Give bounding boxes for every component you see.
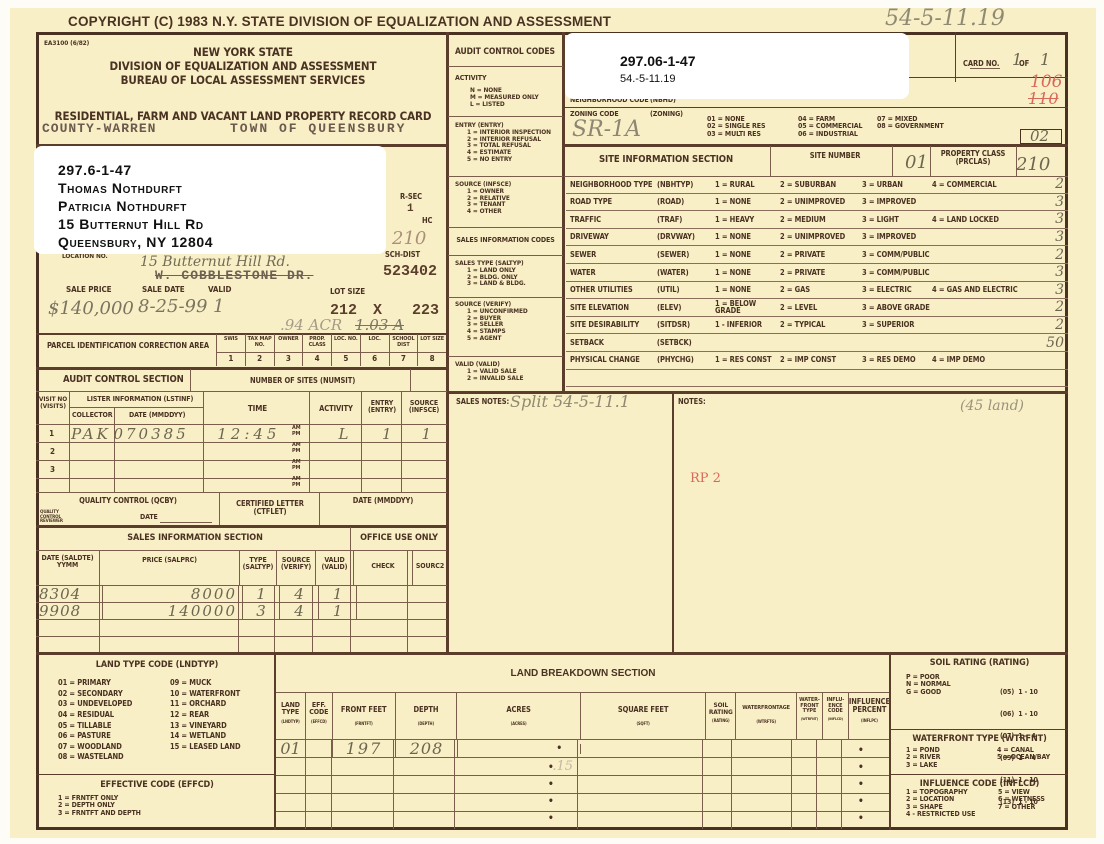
label-old-parcel: 54.-5-11.19 — [620, 73, 675, 85]
divider — [312, 585, 313, 652]
sale-price-label: SALE PRICE — [66, 286, 111, 294]
inflcd-code: 4 - RESTRICTED USE — [906, 811, 975, 818]
site-row-label: ROAD TYPE — [566, 198, 657, 206]
divider — [892, 146, 893, 176]
sales-header: DATE (SALDTE) YYMM PRICE (SALPRC) TYPE (… — [36, 551, 447, 585]
ctflet-label: CERTIFIED LETTER (CTFLET) — [220, 500, 320, 515]
divider — [448, 297, 563, 298]
label-owner-1: Thomas Nothdurft — [58, 180, 182, 196]
site-row-sitdsr: SITE DESIRABILITY (SITDSR) 1 - INFERIOR … — [566, 317, 1068, 335]
site-option: 3 = URBAN — [862, 181, 932, 189]
valid-label: VALID — [208, 286, 231, 294]
divider — [238, 585, 239, 652]
site-number-label: SITE NUMBER — [775, 152, 895, 160]
site-option: 1 = RES CONST — [715, 356, 780, 364]
divider — [305, 739, 306, 829]
site-row-code: (DRVWAY) — [657, 233, 715, 241]
zoning-options-col3: 07 = MIXED 08 = GOVERNMENT — [877, 116, 944, 131]
location-struck: W. COBBLESTONE DR. — [155, 268, 313, 283]
parcel-correction-grid: SWIS TAX MAP NO. OWNER PROP. CLASS LOC. … — [216, 334, 446, 366]
land-type-col1: 01 = PRIMARY 02 = SECONDARY 03 = UNDEVEL… — [58, 678, 132, 763]
label-parcel-number: 297.06-1-47 — [620, 53, 696, 69]
land-type-title: LAND TYPE CODE (LNDTYP) — [40, 661, 274, 670]
qc-reviewer-label: QUALITY CONTROL REVIEWER — [40, 511, 70, 525]
source-code: 4 = OTHER — [455, 208, 511, 215]
divider — [190, 369, 191, 391]
owner-address-label: 297.6-1-47 Thomas Nothdurft Patricia Not… — [34, 146, 386, 254]
land-row — [276, 811, 890, 829]
col-sourc2: SOURC2 — [413, 551, 447, 585]
site-row-code: (SEWER) — [657, 251, 715, 259]
sale-date[interactable]: 9908 — [36, 602, 103, 620]
land-type-code: 07 = WOODLAND — [58, 742, 132, 753]
site-option: 3 = ELECTRIC — [862, 286, 932, 294]
sales-notes-label: SALES NOTES: — [456, 398, 509, 406]
valid-value: 1 — [213, 296, 224, 317]
activity-label: ACTIVITY — [310, 405, 362, 413]
land-type-code: 02 = SECONDARY — [58, 689, 132, 700]
lot-depth: 223 — [412, 302, 439, 319]
col-soil-rating: SOIL RATING(RATING) — [706, 693, 736, 739]
activity-codes: N = NONE M = MEASURED ONLY L = LISTED — [470, 87, 539, 108]
site-option: 1 = NONE — [715, 251, 780, 259]
wtrfnt-code: 3 = LAKE — [906, 762, 940, 769]
col-loc: LOC. — [360, 334, 389, 352]
land-row: 01 197 208 • — [276, 739, 890, 757]
sale-valid[interactable]: 1 — [319, 585, 357, 603]
entry-label: ENTRY (ENTRY) — [362, 400, 402, 414]
site-option: 2 = SUBURBAN — [780, 181, 862, 189]
divider — [448, 255, 563, 256]
site-row-label: OTHER UTILITIES — [566, 286, 657, 294]
divider — [841, 739, 842, 829]
date-label: DATE (MMDDYY) — [129, 412, 185, 419]
visit-no: 1 — [36, 430, 67, 438]
sale-source[interactable]: 4 — [280, 585, 319, 603]
land-type-code: 14 = WETLAND — [170, 731, 240, 742]
num-2: 2 — [245, 353, 274, 366]
site-row-label: NEIGHBORHOOD TYPE — [566, 181, 657, 189]
divider — [36, 492, 447, 493]
site-option: 3 = IMPROVED — [862, 233, 932, 241]
land-type-code: 04 = RESIDUAL — [58, 710, 132, 721]
lot-size-label: LOT SIZE — [330, 288, 365, 296]
num-8: 8 — [417, 353, 446, 366]
site-row-label: DRIVEWAY — [566, 233, 657, 241]
site-value: 50 — [1046, 335, 1068, 351]
wtrfnt-code: 5 = OCEAN/BAY — [997, 754, 1050, 761]
wtrfnt-title: WATERFRONT TYPE (WTRFNT) — [891, 735, 1068, 744]
col-depth: DEPTH(DEPTH) — [396, 693, 458, 739]
sale-price[interactable]: 8000 — [103, 585, 243, 603]
influence-decimal-dots: ••••• — [858, 742, 864, 827]
land-type-code: 06 = PASTURE — [58, 731, 132, 742]
zoning-code: (ZONING) — [650, 111, 683, 118]
entry-code: 5 = NO ENTRY — [455, 156, 551, 163]
land-type-code: 13 = VINEYARD — [170, 721, 240, 732]
site-option: 1 = RURAL — [715, 181, 780, 189]
soil-code: G = GOOD — [906, 689, 951, 696]
col-source: SOURCE (VERIFY) — [277, 551, 316, 585]
site-row-phychg: PHYSICAL CHANGE (PHYCHG) 1 = RES CONST 2… — [566, 352, 1068, 370]
land-breakdown-header: LAND TYPE(LNDTYP) EFF. CODE(EFFCD) FRONT… — [276, 693, 890, 739]
zoning-option: 03 = MULTI RES — [707, 131, 765, 138]
sales-codes-title: SALES INFORMATION CODES — [448, 237, 563, 244]
divider — [410, 369, 411, 391]
site-row-code: (ELEV) — [657, 304, 715, 312]
divider — [564, 107, 1068, 108]
site-row-label: SITE DESIRABILITY — [566, 321, 657, 329]
wtrfnt-col1: 1 = POND 2 = RIVER 3 = LAKE — [906, 747, 940, 769]
rsec-value: 1 — [407, 203, 414, 215]
site-row-driveway: DRIVEWAY (DRVWAY) 1 = NONE 2 = UNIMPROVE… — [566, 229, 1068, 247]
audit-section-title: AUDIT CONTROL SECTION — [63, 375, 184, 385]
site-rows: NEIGHBORHOOD TYPE (NBHTYP) 1 = RURAL 2 =… — [566, 176, 1068, 387]
site-option: 2 = PRIVATE — [780, 269, 862, 277]
site-value: 3 — [1047, 229, 1068, 245]
site-row-code: (NBHTYP) — [657, 181, 715, 189]
saltyp-code: 3 = LAND & BLDG. — [455, 280, 526, 287]
land-type-code: 12 = REAR — [170, 710, 240, 721]
time-value[interactable]: 12:45 — [197, 425, 302, 443]
divider — [702, 739, 703, 829]
divider — [564, 144, 1068, 147]
site-value: 2 — [1047, 247, 1068, 263]
sales-row: 8304 8000 1 4 1 — [36, 585, 447, 602]
entry-value[interactable]: 1 — [368, 425, 406, 443]
inflcd-col1: 1 = TOPOGRAPHY 2 = LOCATION 3 = SHAPE 4 … — [906, 789, 975, 818]
site-option: 1 - INFERIOR — [715, 321, 780, 329]
site-option: 3 = COMM/PUBLIC — [862, 269, 932, 277]
num-7: 7 — [389, 353, 418, 366]
col-land-type: LAND TYPE(LNDTYP) — [276, 693, 306, 739]
copyright-header: COPYRIGHT (C) 1983 N.Y. STATE DIVISION O… — [68, 14, 611, 29]
audit-codes-title: AUDIT CONTROL CODES — [455, 48, 555, 57]
site-row-sewer: SEWER (SEWER) 1 = NONE 2 = PRIVATE 3 = C… — [566, 246, 1068, 264]
site-option: 4 = GAS AND ELECTRIC — [932, 286, 1047, 294]
site-option: 3 = LIGHT — [862, 216, 932, 224]
site-value: 2 — [1047, 176, 1068, 192]
nbhd-struck: 110 — [1028, 89, 1059, 108]
valid-codes: VALID (VALID) 1 = VALID SALE 2 = INVALID… — [455, 361, 523, 381]
sale-date-label: SALE DATE — [142, 286, 185, 294]
divider — [816, 739, 817, 829]
site-option: 4 = COMMERCIAL — [932, 181, 1047, 189]
col-influence-code: INFLU-ENCE CODE(INFLCD) — [823, 693, 849, 739]
site-row-label: WATER — [566, 269, 657, 277]
divider — [891, 729, 1068, 730]
sale-date-value: 8-25-99 — [138, 296, 207, 317]
divider — [448, 66, 563, 67]
sales-row — [36, 636, 447, 653]
soil-range: (05) 1 - 10 — [1000, 689, 1038, 696]
sales-section-title: SALES INFORMATION SECTION — [40, 534, 350, 543]
divider — [930, 146, 931, 176]
inflcd-col2: 5 = VIEW 6 = WETNESS 7 = OTHER — [998, 789, 1045, 811]
lot-acres-struck: 1.03 A — [355, 316, 404, 334]
site-option: 2 = PRIVATE — [780, 251, 862, 259]
land-type-code: 15 = LEASED LAND — [170, 742, 240, 753]
land-type-code: 01 = PRIMARY — [58, 678, 132, 689]
col-check: CHECK — [354, 551, 413, 585]
site-row-util: OTHER UTILITIES (UTIL) 1 = NONE 2 = GAS … — [566, 282, 1068, 300]
col-loc-no: LOC. NO. — [331, 334, 360, 352]
audit-row — [36, 478, 447, 496]
site-row-code: (TRAF) — [657, 216, 715, 224]
col-front-feet: FRONT FEET(FRNTFT) — [333, 693, 396, 739]
site-option: 3 = COMM/PUBLIC — [862, 251, 932, 259]
land-type-code: 09 = MUCK — [170, 678, 240, 689]
land-type-col2: 09 = MUCK 10 = WATERFRONT 11 = ORCHARD 1… — [170, 678, 240, 752]
num-3: 3 — [274, 353, 303, 366]
divider — [448, 116, 563, 117]
land-type-value[interactable]: 01 — [276, 739, 306, 758]
am-pm-1: AMPM — [292, 426, 301, 437]
divider — [448, 227, 563, 228]
col-square-feet: SQUARE FEET(SQFT) — [581, 693, 707, 739]
site-row-water: WATER (WATER) 1 = NONE 2 = PRIVATE 3 = C… — [566, 264, 1068, 282]
land-type-code: 03 = UNDEVELOPED — [58, 699, 132, 710]
source-value[interactable]: 1 — [406, 425, 447, 443]
parcel-label-top: 297.06-1-47 54.-5-11.19 — [565, 33, 909, 99]
col-influence-percent: INFLUENCE PERCENT(INFLPC) — [849, 693, 890, 739]
zoning-option: 08 = GOVERNMENT — [877, 123, 944, 130]
rsec-label: R-SEC — [396, 193, 426, 201]
entry-codes: ENTRY (ENTRY) 1 = INTERIOR INSPECTION 2 … — [455, 122, 551, 163]
divider — [69, 407, 203, 408]
site-row-code: (PHYCHG) — [657, 356, 715, 364]
time-label: TIME — [205, 405, 310, 413]
site-number-value: 01 — [905, 152, 928, 173]
site-option: 1 = NONE — [715, 198, 780, 206]
col-prop-class: PROP. CLASS — [302, 334, 331, 352]
verify-codes: SOURCE (VERIFY) 1 = UNCONFIRMED 2 = BUYE… — [455, 301, 528, 342]
visit-no: 3 — [36, 466, 69, 474]
audit-row: 1 PAK 070385 12:45 L 1 1 — [36, 424, 447, 442]
class-value: 210 — [392, 228, 426, 249]
eff-code-value[interactable] — [306, 740, 333, 757]
site-row-code: (WATER) — [657, 269, 715, 277]
land-breakdown-rows: 01 197 208 • .15 — [276, 739, 890, 829]
soil-codes: P = POOR N = NORMAL G = GOOD — [906, 674, 951, 696]
divider — [160, 522, 212, 523]
col-school-dist: SCHOOL DIST — [389, 334, 418, 352]
site-option: 3 = ABOVE GRADE — [862, 304, 932, 312]
zoning-options-col1: 01 = NONE 02 = SINGLE RES 03 = MULTI RES — [707, 116, 765, 138]
site-value: 3 — [1047, 264, 1068, 280]
zoning-option: 06 = INDUSTRIAL — [798, 131, 862, 138]
num-4: 4 — [302, 353, 331, 366]
num-6: 6 — [360, 353, 389, 366]
col-owner: OWNER — [274, 334, 303, 352]
site-value: 2 — [1047, 317, 1068, 333]
site-value: 3 — [1047, 282, 1068, 298]
site-row-code: (ROAD) — [657, 198, 715, 206]
divider — [331, 739, 332, 829]
site-option: 1 = NONE — [715, 286, 780, 294]
divider — [454, 739, 455, 829]
agency-line-3: BUREAU OF LOCAL ASSESSMENT SERVICES — [40, 75, 446, 87]
col-price: PRICE (SALPRC) — [100, 551, 240, 585]
divider — [274, 585, 275, 652]
site-value: 3 — [1047, 194, 1068, 210]
verify-code: 5 = AGENT — [455, 335, 528, 342]
site-row-road: ROAD TYPE (ROAD) 1 = NONE 2 = UNIMPROVED… — [566, 194, 1068, 212]
site-option: 2 = GAS — [780, 286, 862, 294]
site-option: 1 = HEAVY — [715, 216, 780, 224]
sale-date[interactable]: 8304 — [36, 585, 103, 603]
site-option: 2 = TYPICAL — [780, 321, 862, 329]
sales-row: 9908 140000 3 4 1 — [36, 602, 447, 619]
site-row-label: PHYSICAL CHANGE — [566, 356, 657, 364]
of-value: 1 — [1040, 50, 1050, 69]
divider — [770, 146, 771, 176]
land-type-code: 05 = TILLABLE — [58, 721, 132, 732]
sch-dist-label: SCH-DIST — [385, 251, 420, 259]
site-option: 1 = BELOW GRADE — [715, 300, 780, 315]
sale-price-value: $140,000 — [48, 298, 134, 319]
sale-valid[interactable]: 1 — [319, 602, 357, 620]
divider — [36, 774, 274, 775]
site-row-code: (SETBCK) — [657, 339, 715, 347]
site-row-label: SETBACK — [566, 339, 657, 347]
site-option: 2 = MEDIUM — [780, 216, 862, 224]
visit-no: 2 — [36, 448, 69, 456]
divider — [36, 367, 447, 370]
hc-label: HC — [422, 217, 432, 225]
handwritten-parcel-number: 54-5-11.19 — [885, 6, 1005, 31]
town-name: TOWN OF QUEENSBURY — [230, 121, 406, 136]
col-waterfrontage: WATERFRONTAGE(WTRFTG) — [736, 693, 797, 739]
notes-label: NOTES: — [678, 398, 706, 406]
activity-title: ACTIVITY — [455, 75, 486, 82]
parcel-correction-title: PARCEL IDENTIFICATION CORRECTION AREA — [40, 342, 216, 350]
col-valid: VALID (VALID) — [316, 551, 354, 585]
notes-value-2[interactable]: RP 2 — [690, 471, 721, 486]
divider — [672, 392, 674, 652]
divider — [36, 652, 1068, 655]
site-row-label: TRAFFIC — [566, 216, 657, 224]
divider — [36, 391, 447, 392]
divider — [891, 774, 1068, 775]
am-pm-4: AMPM — [292, 477, 301, 488]
card-no-label: CARD NO. — [963, 60, 999, 68]
divider — [970, 68, 1000, 69]
divider — [36, 525, 447, 528]
divider — [731, 739, 732, 829]
soil-rating-title: SOIL RATING (RATING) — [891, 659, 1068, 668]
land-type-code: 10 = WATERFRONT — [170, 689, 240, 700]
site-option: 3 = SUPERIOR — [862, 321, 932, 329]
divider — [99, 585, 100, 652]
collector-label: COLLECTOR — [72, 412, 113, 419]
divider — [577, 739, 578, 829]
col-swis: SWIS — [216, 334, 245, 352]
collector-value[interactable]: PAK — [67, 425, 113, 443]
site-option: 4 = LAND LOCKED — [932, 216, 1047, 224]
label-parcel-id: 297.6-1-47 — [58, 162, 132, 178]
label-owner-2: Patricia Nothdurft — [58, 198, 187, 214]
site-option: 2 = IMP CONST — [780, 356, 862, 364]
land-row — [276, 775, 890, 793]
qc-label: QUALITY CONTROL (QCBY) — [38, 497, 218, 505]
sale-price[interactable]: 140000 — [103, 602, 243, 620]
site-option: 4 = IMP DEMO — [932, 356, 1047, 364]
front-feet-value[interactable]: 197 — [333, 739, 396, 758]
divider — [448, 356, 563, 357]
am-pm-3: AMPM — [292, 460, 301, 471]
county-name: COUNTY-WARREN — [42, 121, 156, 136]
activity-code-l: L = LISTED — [470, 101, 539, 108]
sales-rows: 8304 8000 1 4 1 9908 140000 3 4 1 — [36, 585, 447, 653]
of-label: OF — [1019, 60, 1029, 68]
land-type-code: 11 = ORCHARD — [170, 699, 240, 710]
site-row-label: SEWER — [566, 251, 657, 259]
site-option: 3 = RES DEMO — [862, 356, 932, 364]
lister-label: LISTER INFORMATION (LSTINF) — [70, 396, 210, 403]
num-5: 5 — [331, 353, 360, 366]
site-row-traffic: TRAFFIC (TRAF) 1 = HEAVY 2 = MEDIUM 3 = … — [566, 211, 1068, 229]
acres-decimal-dots: •••• — [548, 759, 554, 827]
zoning-value: SR-1A — [572, 117, 641, 142]
wtrfnt-col2: 4 = CANAL 5 = OCEAN/BAY — [997, 747, 1050, 762]
sales-row — [36, 619, 447, 636]
divider — [791, 739, 792, 829]
am-pm-2: AMPM — [292, 443, 301, 454]
sales-notes-value[interactable]: Split 54-5-11.1 — [510, 392, 630, 411]
date-value[interactable]: 070385 — [113, 425, 197, 443]
site-option: 2 = UNIMPROVED — [780, 233, 862, 241]
site-row-code: (UTIL) — [657, 286, 715, 294]
col-type: TYPE (SALTYP) — [240, 551, 277, 585]
notes-value-1[interactable]: (45 land) — [960, 398, 1024, 414]
source-label: SOURCE (INFSCE) — [402, 400, 446, 414]
effcd-code: 3 = FRNTFT AND DEPTH — [58, 810, 141, 817]
agency-line-1: NEW YORK STATE — [40, 47, 446, 59]
audit-rows: 1 PAK 070385 12:45 L 1 1 2 3 — [36, 424, 447, 496]
sale-source[interactable]: 4 — [280, 602, 319, 620]
zoning-options-col2: 04 = FARM 05 = COMMERCIAL 06 = INDUSTRIA… — [798, 116, 862, 138]
acres-value[interactable]: .15 — [454, 759, 577, 774]
divider — [393, 739, 394, 829]
land-row: .15 — [276, 757, 890, 775]
site-row-setback: SETBACK (SETBCK) 50 — [566, 334, 1068, 352]
sch-dist-value: 523402 — [383, 263, 437, 280]
inflcd-code: 7 = OTHER — [998, 804, 1045, 811]
lot-acres-note: .94 ACR — [280, 316, 342, 334]
numsit-label: NUMBER OF SITES (NUMSIT) — [250, 377, 355, 385]
depth-value[interactable]: 208 — [396, 739, 458, 758]
col-lot-size: LOT SIZE — [417, 334, 446, 352]
num-1: 1 — [216, 353, 245, 366]
form-number: EA3100 (6/82) — [44, 40, 89, 47]
site-value: 2 — [1047, 299, 1068, 315]
effcd-codes: 1 = FRNTFT ONLY 2 = DEPTH ONLY 3 = FRNTF… — [58, 795, 141, 817]
office-use-title: OFFICE USE ONLY — [352, 534, 446, 543]
site-row-code: (SITDSR) — [657, 321, 715, 329]
col-eff-code: EFF. CODE(EFFCD) — [306, 693, 333, 739]
source-codes: SOURCE (INFSCE) 1 = OWNER 2 = RELATIVE 3… — [455, 181, 511, 215]
acres-dot[interactable]: • — [458, 744, 581, 754]
site-option: 1 = NONE — [715, 233, 780, 241]
col-date: DATE (SALDTE) YYMM — [36, 551, 100, 585]
activity-value[interactable]: L — [319, 425, 368, 443]
valid-code: 2 = INVALID SALE — [455, 375, 523, 382]
site-row-elev: SITE ELEVATION (ELEV) 1 = BELOW GRADE 2 … — [566, 299, 1068, 317]
divider — [407, 551, 408, 652]
site-option: 1 = NONE — [715, 269, 780, 277]
zoning-box-value: 02 — [1030, 127, 1049, 145]
